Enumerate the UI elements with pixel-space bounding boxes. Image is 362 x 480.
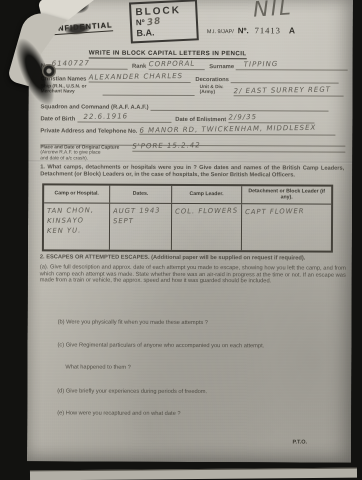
section-2-item-a: (a). Give full description and approx. d… bbox=[40, 264, 346, 285]
row-address: Private Address and Telephone No. 6 MANO… bbox=[40, 124, 335, 135]
ref-no-label: Nº. bbox=[238, 26, 249, 35]
surname-field: TIPPING bbox=[236, 60, 348, 70]
address-label: Private Address and Telephone No. bbox=[40, 128, 137, 134]
header-detachment: Detachment or Block Leader (if any). bbox=[242, 186, 331, 203]
stamp-line-ba: B.A. bbox=[136, 26, 192, 39]
cell-detachment: CAPT FLOWER bbox=[242, 204, 331, 250]
form-instruction: WRITE IN BLOCK CAPITAL LETTERS IN PENCIL bbox=[89, 50, 247, 60]
header-camp: Camp or Hospital. bbox=[44, 185, 110, 202]
dob-field: 22.6.1916 bbox=[77, 113, 171, 123]
capture-sublabel-2: and date of a/c crash). bbox=[40, 156, 132, 162]
reference-number-line: M.I. 9/JAP/Nº.71413A bbox=[207, 25, 295, 35]
section-2-item-b: (b) Were you physically fit when you mad… bbox=[58, 319, 338, 327]
please-turn-over: P.T.O. bbox=[292, 439, 307, 445]
row-ship-unit: Ship (R.N., U.S.N. or Merchant Navy Unit… bbox=[41, 84, 344, 96]
cell-leader: COL. FLOWERS bbox=[172, 204, 243, 250]
row-christian-decorations: Christian Names ALEXANDER CHARLES Decora… bbox=[41, 72, 339, 83]
enlistment-field: 2/9/35 bbox=[228, 113, 314, 123]
capture-label-block: Place and Date of Original Capture (Airc… bbox=[40, 145, 132, 162]
section-2-item-c2: What happened to them ? bbox=[65, 364, 265, 371]
camps-table: Camp or Hospital. Dates. Camp Leader. De… bbox=[42, 183, 333, 252]
section-2-item-d: (d) Give briefly your experiences during… bbox=[57, 388, 337, 396]
cell-camp: TAN CHON, KINSAYO KEN YU. bbox=[44, 203, 110, 249]
enlistment-label: Date of Enlistment bbox=[175, 117, 226, 123]
cell-dates: AUGT 1943 SEPT bbox=[110, 204, 172, 250]
row-squadron: Squadron and Command (R.A.F. A.A.F.) bbox=[41, 100, 329, 111]
scanned-document: CONFIDENTIAL BLOCK Nº 38 B.A. NIL M.I. 9… bbox=[0, 0, 362, 480]
squadron-field bbox=[151, 101, 329, 112]
row-capture: Place and Date of Original Capture (Airc… bbox=[40, 141, 345, 162]
capture-field: S'PORE 15.2.42 bbox=[132, 142, 345, 153]
fastener-hole bbox=[42, 64, 56, 78]
header-leader: Camp Leader. bbox=[172, 186, 242, 203]
questionnaire-form-page: CONFIDENTIAL BLOCK Nº 38 B.A. NIL M.I. 9… bbox=[27, 0, 353, 463]
no-field: 6140727 bbox=[52, 59, 128, 69]
row-dob-enlistment: Date of Birth 22.6.1916 Date of Enlistme… bbox=[40, 112, 314, 123]
ref-prefix: M.I. 9/JAP/ bbox=[207, 29, 234, 35]
section-2-item-c: (c) Give Regimental particulars of anyon… bbox=[57, 342, 337, 350]
address-field: 6 MANOR RD, TWICKENHAM, MIDDLESEX bbox=[139, 125, 335, 136]
unit-field: 2/ EAST SURREY REGT bbox=[234, 86, 344, 96]
block-number-stamp: BLOCK Nº 38 B.A. bbox=[129, 0, 199, 43]
question-1: 1. What camps, detachments or hospitals … bbox=[40, 164, 344, 179]
second-page-edge bbox=[30, 468, 357, 480]
row-no-rank-surname: No. 6140727 Rank CORPORAL Surname TIPPIN… bbox=[41, 59, 348, 70]
christian-names-field: ALEXANDER CHARLES bbox=[88, 73, 190, 83]
section-2-heading: 2. ESCAPES OR ATTEMPTED ESCAPES. (Additi… bbox=[40, 254, 344, 262]
dob-label: Date of Birth bbox=[40, 116, 75, 122]
ship-field bbox=[103, 85, 195, 95]
handwritten-nil-note: NIL bbox=[252, 0, 293, 22]
rank-label: Rank bbox=[132, 64, 146, 70]
ref-suffix: A bbox=[289, 25, 295, 35]
camps-table-header: Camp or Hospital. Dates. Camp Leader. De… bbox=[44, 185, 331, 204]
decorations-label: Decorations bbox=[195, 77, 229, 83]
section-2-item-e: (e) How were you recaptured and on what … bbox=[57, 410, 337, 418]
ref-number: 71413 bbox=[255, 25, 281, 35]
handwritten-block-number: 38 bbox=[146, 16, 162, 28]
camps-table-body: TAN CHON, KINSAYO KEN YU. AUGT 1943 SEPT… bbox=[44, 203, 331, 250]
surname-label: Surname bbox=[209, 64, 234, 70]
header-dates: Dates. bbox=[110, 186, 172, 203]
squadron-label: Squadron and Command (R.A.F. A.A.F.) bbox=[41, 104, 149, 110]
rank-field: CORPORAL bbox=[148, 60, 204, 70]
decorations-field bbox=[231, 73, 339, 83]
unit-label: Unit & Div. (Army) bbox=[200, 85, 234, 96]
